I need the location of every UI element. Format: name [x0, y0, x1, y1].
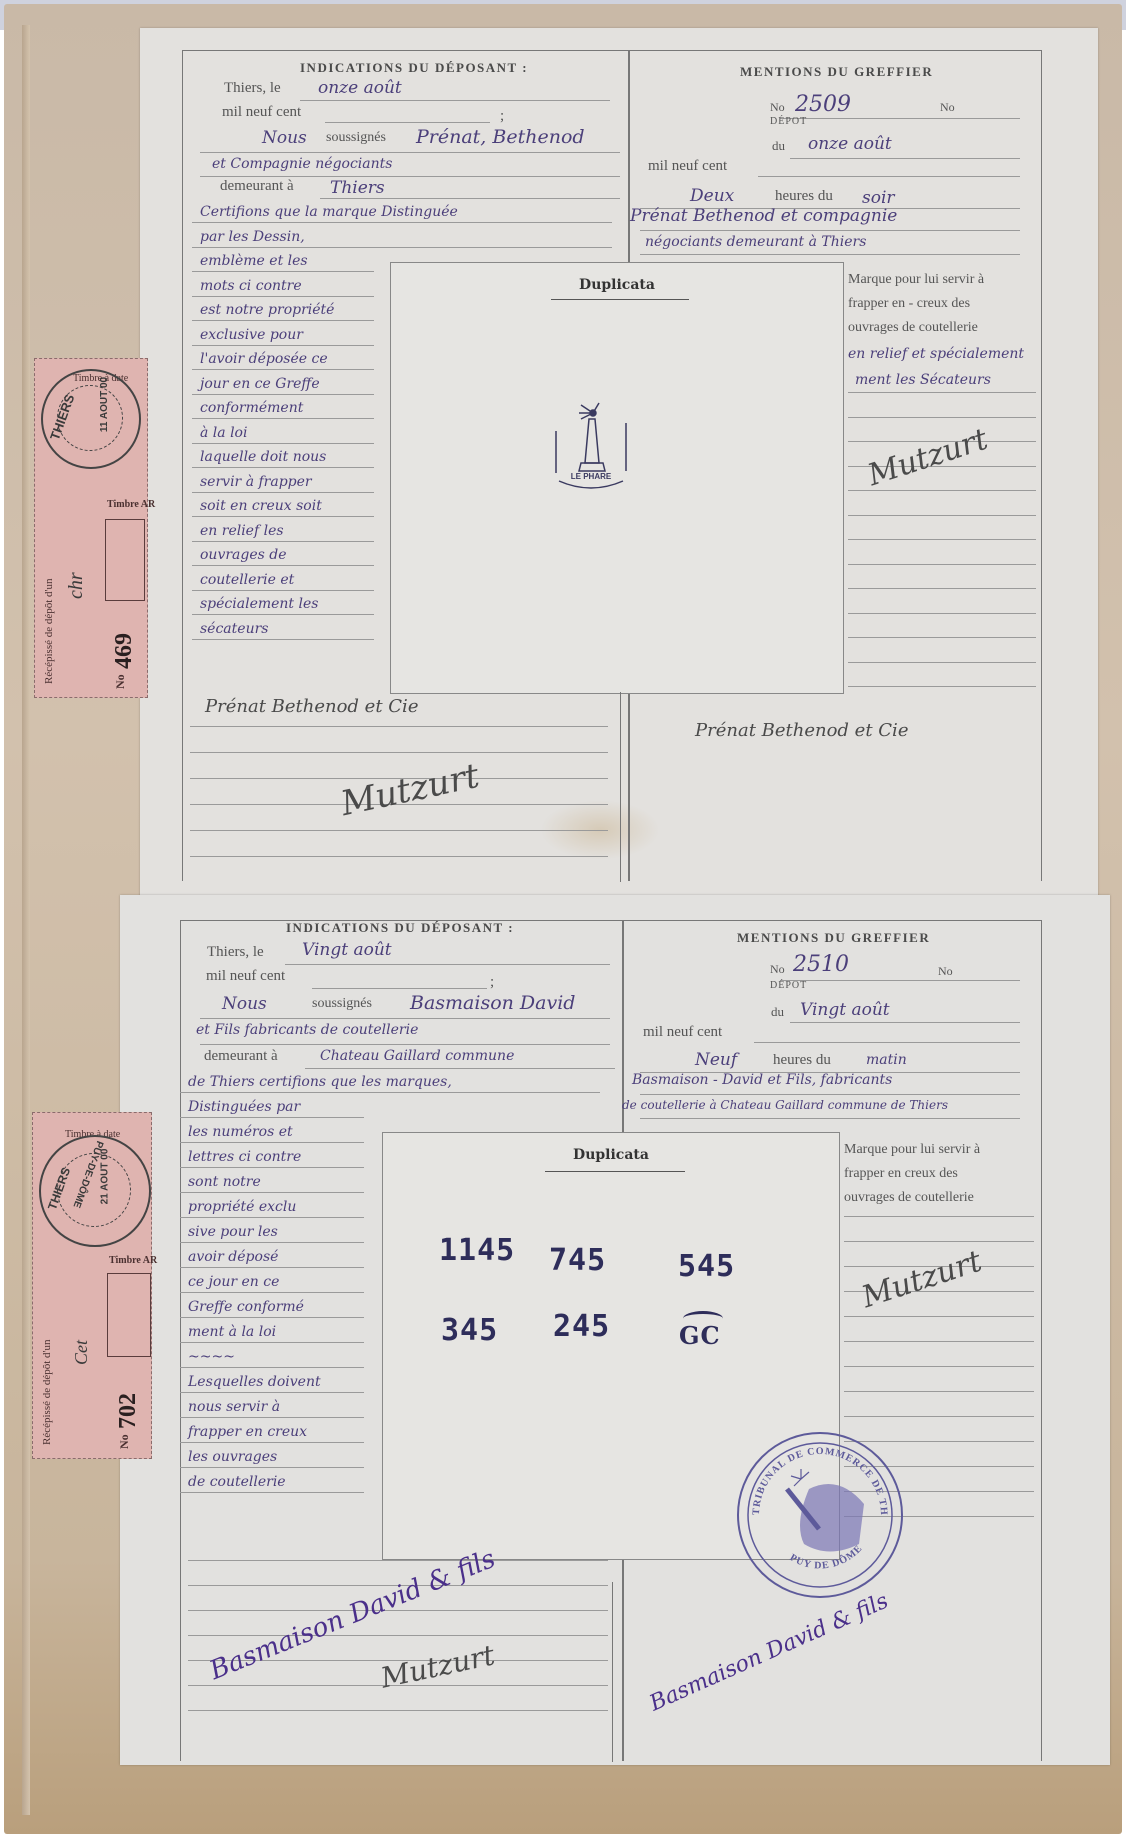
- greffier-header: MENTIONS DU GREFFIER: [737, 930, 930, 946]
- postal-receipt-2: Timbre à date THIERS PUY-DE-DÔME 21 AOUT…: [32, 1112, 152, 1459]
- rule: [848, 662, 1036, 663]
- declaration-line: sécateurs: [200, 621, 268, 637]
- ar-stamp-box: [107, 1273, 151, 1357]
- rule: [844, 1391, 1034, 1392]
- rule: [312, 988, 487, 989]
- rule: [180, 1367, 364, 1368]
- rule: [180, 1192, 364, 1193]
- mark-text-line: Marque pour lui servir à: [848, 272, 984, 288]
- declaration-line: propriété exclu: [188, 1199, 296, 1215]
- declaration-line: servir à frapper: [200, 474, 312, 490]
- date-value: onze août: [318, 78, 402, 98]
- rule: [180, 1392, 364, 1393]
- depositor-line: Prénat Bethenod et compagnie: [630, 206, 897, 226]
- declaration-line: jour en ce Greffe: [200, 376, 320, 392]
- depot-label: DÉPOT: [770, 980, 807, 991]
- rule: [188, 1560, 608, 1561]
- rule: [844, 1316, 1034, 1317]
- rule: [848, 686, 1036, 687]
- declaration-line: conformément: [200, 400, 303, 416]
- residence-value: Chateau Gaillard commune: [320, 1048, 514, 1064]
- receipt-number: 702: [115, 1393, 142, 1429]
- rule: [180, 1492, 364, 1493]
- depositor-line: Basmaison - David et Fils, fabricants: [632, 1072, 892, 1088]
- rule: [844, 1216, 1034, 1217]
- rule: [192, 418, 374, 419]
- rule: [640, 254, 1020, 255]
- rule: [188, 1635, 608, 1636]
- rule: [192, 443, 374, 444]
- hour-label: heures du: [775, 188, 833, 205]
- rule: [190, 752, 608, 753]
- postal-receipt-1: Timbre à date THIERS 11 AOUT 00 Timbre A…: [34, 358, 148, 698]
- rule: [844, 1416, 1034, 1417]
- rule: [180, 1142, 364, 1143]
- rule: [192, 345, 374, 346]
- receipt-no-label: No: [117, 1434, 132, 1449]
- rule: [190, 830, 608, 831]
- rule: [180, 1342, 364, 1343]
- stamped-mark: 745: [549, 1243, 606, 1278]
- name-prefix: Nous: [222, 994, 267, 1014]
- ar-stamp-box: [105, 519, 145, 601]
- rule: [844, 1241, 1034, 1242]
- rule: [180, 1317, 364, 1318]
- rule: [320, 198, 620, 199]
- number-label-2: No: [940, 100, 955, 115]
- rule: [180, 1267, 364, 1268]
- rule: [790, 1022, 1020, 1023]
- stamped-mark: 245: [553, 1309, 610, 1344]
- rule: [780, 118, 1020, 119]
- rule: [180, 1117, 364, 1118]
- rule: [180, 1092, 600, 1093]
- residence-value: Thiers: [330, 178, 385, 198]
- receipt-label: Récépissé de dépôt d'un: [43, 578, 55, 684]
- rule: [754, 1042, 1020, 1043]
- number-label: No: [770, 962, 785, 977]
- duplicata-title: Duplicata: [383, 1147, 839, 1163]
- signed-label: soussignés: [326, 130, 386, 146]
- rule: [180, 1242, 364, 1243]
- mark-text-line: ouvrages de coutellerie: [848, 320, 978, 336]
- stamped-mark: 1145: [439, 1233, 515, 1268]
- declaration-line: ouvrages de: [200, 547, 287, 563]
- rule: [848, 392, 1036, 393]
- year-suffix: ;: [490, 974, 494, 991]
- rule: [848, 588, 1036, 589]
- year-label: mil neuf cent: [648, 158, 727, 175]
- deposit-date: Vingt août: [800, 1000, 890, 1020]
- rule: [780, 980, 1020, 981]
- depot-label: DÉPOT: [770, 116, 807, 127]
- rule: [192, 394, 374, 395]
- rule: [192, 467, 374, 468]
- declaration-line: ~~~~: [188, 1349, 235, 1365]
- binding-spine: [22, 25, 30, 1815]
- du-label: du: [772, 138, 785, 154]
- depositor-line: de coutellerie à Chateau Gaillard commun…: [622, 1098, 948, 1112]
- declaration-line: Certifions que la marque Distinguée: [200, 204, 458, 220]
- rule: [192, 492, 374, 493]
- svg-text:LE PHARE: LE PHARE: [571, 472, 612, 481]
- declaration-line: sive pour les: [188, 1224, 278, 1240]
- rule: [848, 417, 1036, 418]
- rule: [192, 320, 374, 321]
- name-continued: et Compagnie négociants: [212, 156, 392, 172]
- stamped-mark: 545: [678, 1249, 735, 1284]
- rule: [848, 637, 1036, 638]
- declaration-line: de coutellerie: [188, 1474, 286, 1490]
- rule: [180, 1417, 364, 1418]
- ar-label: Timbre AR: [109, 1255, 157, 1266]
- rule: [848, 539, 1036, 540]
- rule: [192, 516, 374, 517]
- rule: [758, 176, 1020, 177]
- declaration-line: Lesquelles doivent: [188, 1374, 321, 1390]
- signed-label: soussignés: [312, 996, 372, 1012]
- rule: [192, 369, 374, 370]
- declaration-line: soit en creux soit: [200, 498, 322, 514]
- rule: [192, 639, 374, 640]
- year-label: mil neuf cent: [222, 104, 301, 121]
- rule: [180, 1217, 364, 1218]
- postmark-date: 11 AOUT 00: [99, 377, 110, 432]
- stamped-mark: GC: [679, 1321, 721, 1350]
- receipt-handwriting: chr: [65, 572, 88, 599]
- seal-emblem-icon: TRIBUNAL DE COMMERCE DE THIERS PUY DE DÔ…: [739, 1434, 901, 1596]
- mark-text-line: frapper en - creux des: [848, 296, 970, 312]
- name-continued: et Fils fabricants de coutellerie: [196, 1022, 418, 1038]
- rule: [551, 299, 689, 300]
- lighthouse-icon: LE PHARE: [551, 393, 641, 503]
- deposit-number: 2509: [795, 92, 851, 117]
- rule: [180, 1292, 364, 1293]
- city-label: Thiers, le: [224, 80, 281, 97]
- period-value: matin: [866, 1052, 907, 1068]
- stamped-mark: 345: [441, 1313, 498, 1348]
- rule: [190, 726, 608, 727]
- rule: [300, 100, 610, 101]
- mark-hand-line: en relief et spécialement: [848, 346, 1024, 362]
- declaration-line: emblème et les: [200, 253, 308, 269]
- rule: [545, 1171, 685, 1172]
- declaration-line: nous servir à: [188, 1399, 280, 1415]
- deposant-header: INDICATIONS DU DÉPOSANT :: [286, 920, 514, 936]
- receipt-label: Récépissé de dépôt d'un: [41, 1339, 53, 1445]
- year-suffix: ;: [500, 108, 504, 125]
- receipt-handwriting: Cet: [71, 1340, 92, 1365]
- deposit-number: 2510: [793, 952, 849, 977]
- declaration-line: lettres ci contre: [188, 1149, 301, 1165]
- declaration-line: ment à la loi: [188, 1324, 276, 1340]
- name-prefix: Nous: [262, 128, 307, 148]
- hour-label: heures du: [773, 1052, 831, 1069]
- year-label: mil neuf cent: [643, 1024, 722, 1041]
- duplicata-box-1: Duplicata LE PHARE: [390, 262, 844, 694]
- divider: [620, 692, 621, 882]
- rule: [640, 230, 1020, 231]
- rule: [640, 1118, 1020, 1119]
- mark-text-line: Marque pour lui servir à: [844, 1142, 980, 1158]
- declaration-line: par les Dessin,: [200, 229, 305, 245]
- rule: [190, 856, 608, 857]
- declaration-line: est notre propriété: [200, 302, 334, 318]
- rule: [192, 590, 374, 591]
- declaration-line: mots ci contre: [200, 278, 302, 294]
- rule: [790, 158, 1020, 159]
- rule: [848, 613, 1036, 614]
- postmark: THIERS PUY-DE-DÔME 21 AOUT 00: [39, 1135, 151, 1247]
- rule: [325, 122, 490, 123]
- rule: [285, 964, 610, 965]
- number-label-2: No: [938, 964, 953, 979]
- rule: [200, 152, 620, 153]
- rule: [200, 1044, 610, 1045]
- rule: [192, 565, 374, 566]
- rule: [640, 1094, 1020, 1095]
- mark-hand-line: ment les Sécateurs: [855, 372, 991, 388]
- depositor-signature-copy: Prénat Bethenod et Cie: [695, 720, 908, 741]
- postmark: THIERS 11 AOUT 00: [41, 369, 141, 469]
- declaration-line: avoir déposé: [188, 1249, 278, 1265]
- divider: [612, 1582, 613, 1762]
- depositor-signature: Prénat Bethenod et Cie: [205, 696, 418, 717]
- number-label: No: [770, 100, 785, 115]
- name-value: Prénat, Bethenod: [416, 126, 585, 148]
- rule: [200, 1018, 610, 1019]
- rule: [848, 564, 1036, 565]
- rule: [305, 1068, 615, 1069]
- residence-label: demeurant à: [204, 1048, 278, 1065]
- mark-text-line: frapper en creux des: [844, 1166, 958, 1182]
- rule: [192, 541, 374, 542]
- declaration-line: frapper en creux: [188, 1424, 307, 1440]
- declaration-line: exclusive pour: [200, 327, 303, 343]
- rule: [192, 222, 612, 223]
- date-value: Vingt août: [302, 940, 392, 960]
- name-value: Basmaison David: [410, 992, 575, 1014]
- rule: [844, 1341, 1034, 1342]
- hour-value: Neuf: [695, 1050, 737, 1070]
- declaration-line: les ouvrages: [188, 1449, 277, 1465]
- depositor-line: négociants demeurant à Thiers: [645, 234, 866, 250]
- city-label: Thiers, le: [207, 944, 264, 961]
- declaration-line: en relief les: [200, 523, 284, 539]
- declaration-line: laquelle doit nous: [200, 449, 326, 465]
- du-label: du: [771, 1004, 784, 1020]
- residence-label: demeurant à: [220, 178, 294, 195]
- rule: [180, 1442, 364, 1443]
- declaration-line: Greffe conformé: [188, 1299, 304, 1315]
- declaration-line: ce jour en ce: [188, 1274, 279, 1290]
- receipt-number: 469: [111, 633, 138, 669]
- rule: [848, 515, 1036, 516]
- rule: [200, 176, 620, 177]
- declaration-line: à la loi: [200, 425, 247, 441]
- rule: [192, 247, 612, 248]
- declaration-line: de Thiers certifions que les marques,: [188, 1074, 452, 1090]
- hour-value: Deux: [690, 186, 734, 206]
- declaration-line: spécialement les: [200, 596, 318, 612]
- duplicata-title: Duplicata: [391, 277, 843, 293]
- declaration-line: coutellerie et: [200, 572, 294, 588]
- period-value: soir: [862, 188, 895, 208]
- rule: [844, 1366, 1034, 1367]
- year-label: mil neuf cent: [206, 968, 285, 985]
- rule: [188, 1710, 608, 1711]
- postmark-date: 21 AOUT 00: [99, 1149, 110, 1205]
- rule: [192, 271, 374, 272]
- declaration-line: Distinguées par: [188, 1099, 300, 1115]
- declaration-line: l'avoir déposée ce: [200, 351, 328, 367]
- declaration-line: les numéros et: [188, 1124, 293, 1140]
- tribunal-seal: TRIBUNAL DE COMMERCE DE THIERS PUY DE DÔ…: [737, 1432, 903, 1598]
- declaration-line: sont notre: [188, 1174, 261, 1190]
- rule: [180, 1167, 364, 1168]
- receipt-no-label: No: [113, 674, 128, 689]
- rule: [192, 296, 374, 297]
- mark-text-line: ouvrages de coutellerie: [844, 1190, 974, 1206]
- deposit-date: onze août: [808, 134, 892, 154]
- deposant-header: INDICATIONS DU DÉPOSANT :: [300, 60, 528, 76]
- rule: [192, 614, 374, 615]
- greffier-header: MENTIONS DU GREFFIER: [740, 64, 933, 80]
- rule: [180, 1467, 364, 1468]
- ar-label: Timbre AR: [107, 499, 155, 510]
